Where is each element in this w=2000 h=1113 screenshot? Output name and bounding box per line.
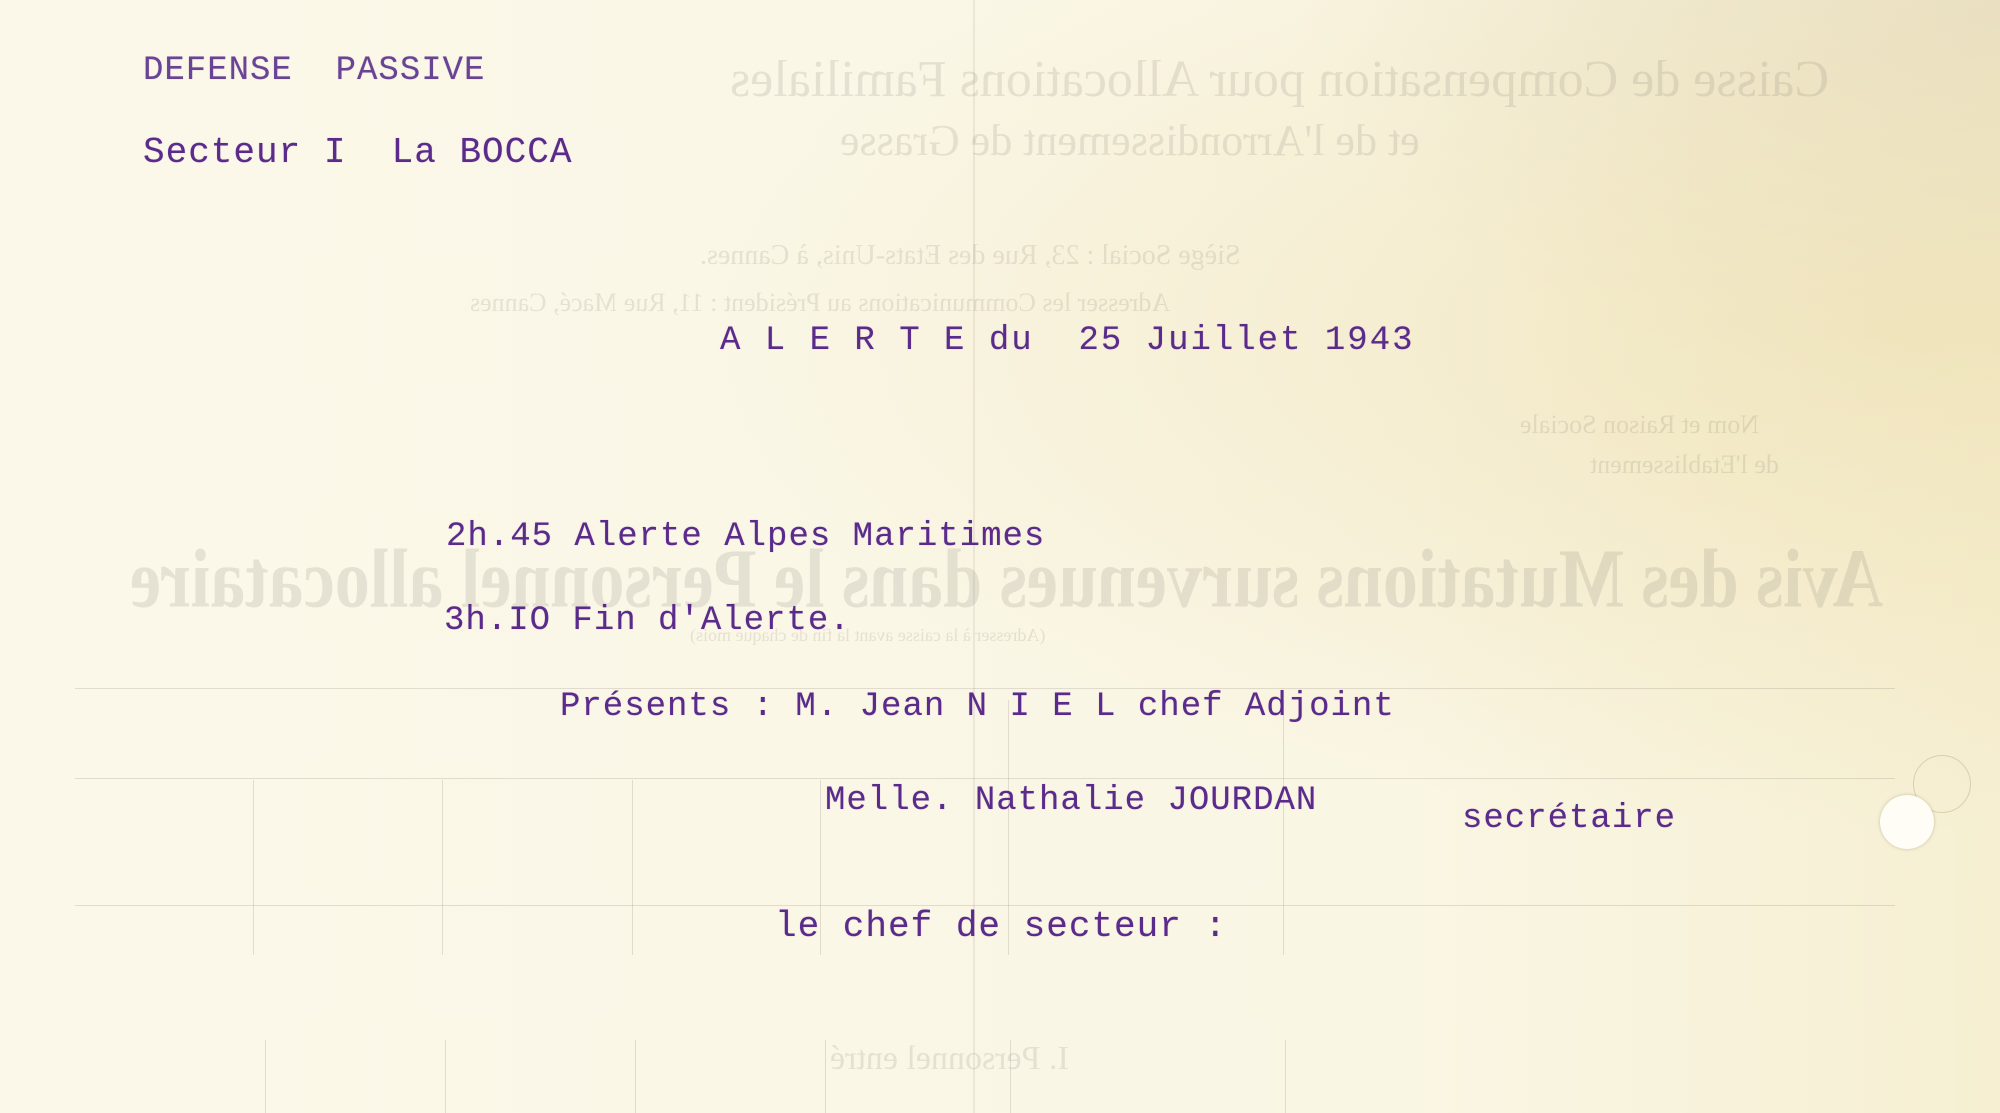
sector-heading: Secteur I La BOCCA <box>143 132 572 173</box>
bleed-through-rule <box>1283 700 1284 955</box>
bleed-through-rule <box>442 780 443 955</box>
alert-start-line: 2h.45 Alerte Alpes Maritimes <box>446 518 1045 556</box>
bleed-through-text: et de l'Arrondissement de Grasse <box>840 115 1420 166</box>
signature-line: le chef de secteur : <box>775 906 1227 947</box>
bleed-through-rule <box>1285 1040 1286 1113</box>
bleed-through-rule <box>445 1040 446 1113</box>
bleed-through-text: Caisse de Compensation pour Allocations … <box>730 50 1829 109</box>
bleed-through-rule <box>253 780 254 955</box>
bleed-through-text: Nom et Raison Sociale <box>1520 410 1759 440</box>
alert-title: A L E R T E du 25 Juillet 1943 <box>720 322 1415 360</box>
bleed-through-text: Siège Social : 23, Rue des Etats-Unis, à… <box>700 240 1240 272</box>
organization-heading: DEFENSE PASSIVE <box>143 52 485 90</box>
bleed-through-rule <box>75 778 1895 779</box>
punch-hole <box>1880 795 1934 849</box>
bleed-through-rule <box>265 1040 266 1113</box>
bleed-through-rule <box>1010 1040 1011 1113</box>
bleed-through-rule <box>635 1040 636 1113</box>
bleed-through-rule <box>632 780 633 955</box>
bleed-through-text: Adresser les Communications au Président… <box>470 288 1170 318</box>
attendee-line-2: Melle. Nathalie JOURDAN <box>825 782 1317 820</box>
bleed-through-text: de l'Etablissement <box>1590 450 1779 480</box>
attendee-role: secrétaire <box>1462 800 1676 838</box>
bleed-through-text: I. Personnel entré <box>830 1040 1069 1078</box>
bleed-through-rule <box>825 1040 826 1113</box>
alert-end-line: 3h.IO Fin d'Alerte. <box>444 602 851 640</box>
attendee-line-1: Présents : M. Jean N I E L chef Adjoint <box>560 688 1395 726</box>
